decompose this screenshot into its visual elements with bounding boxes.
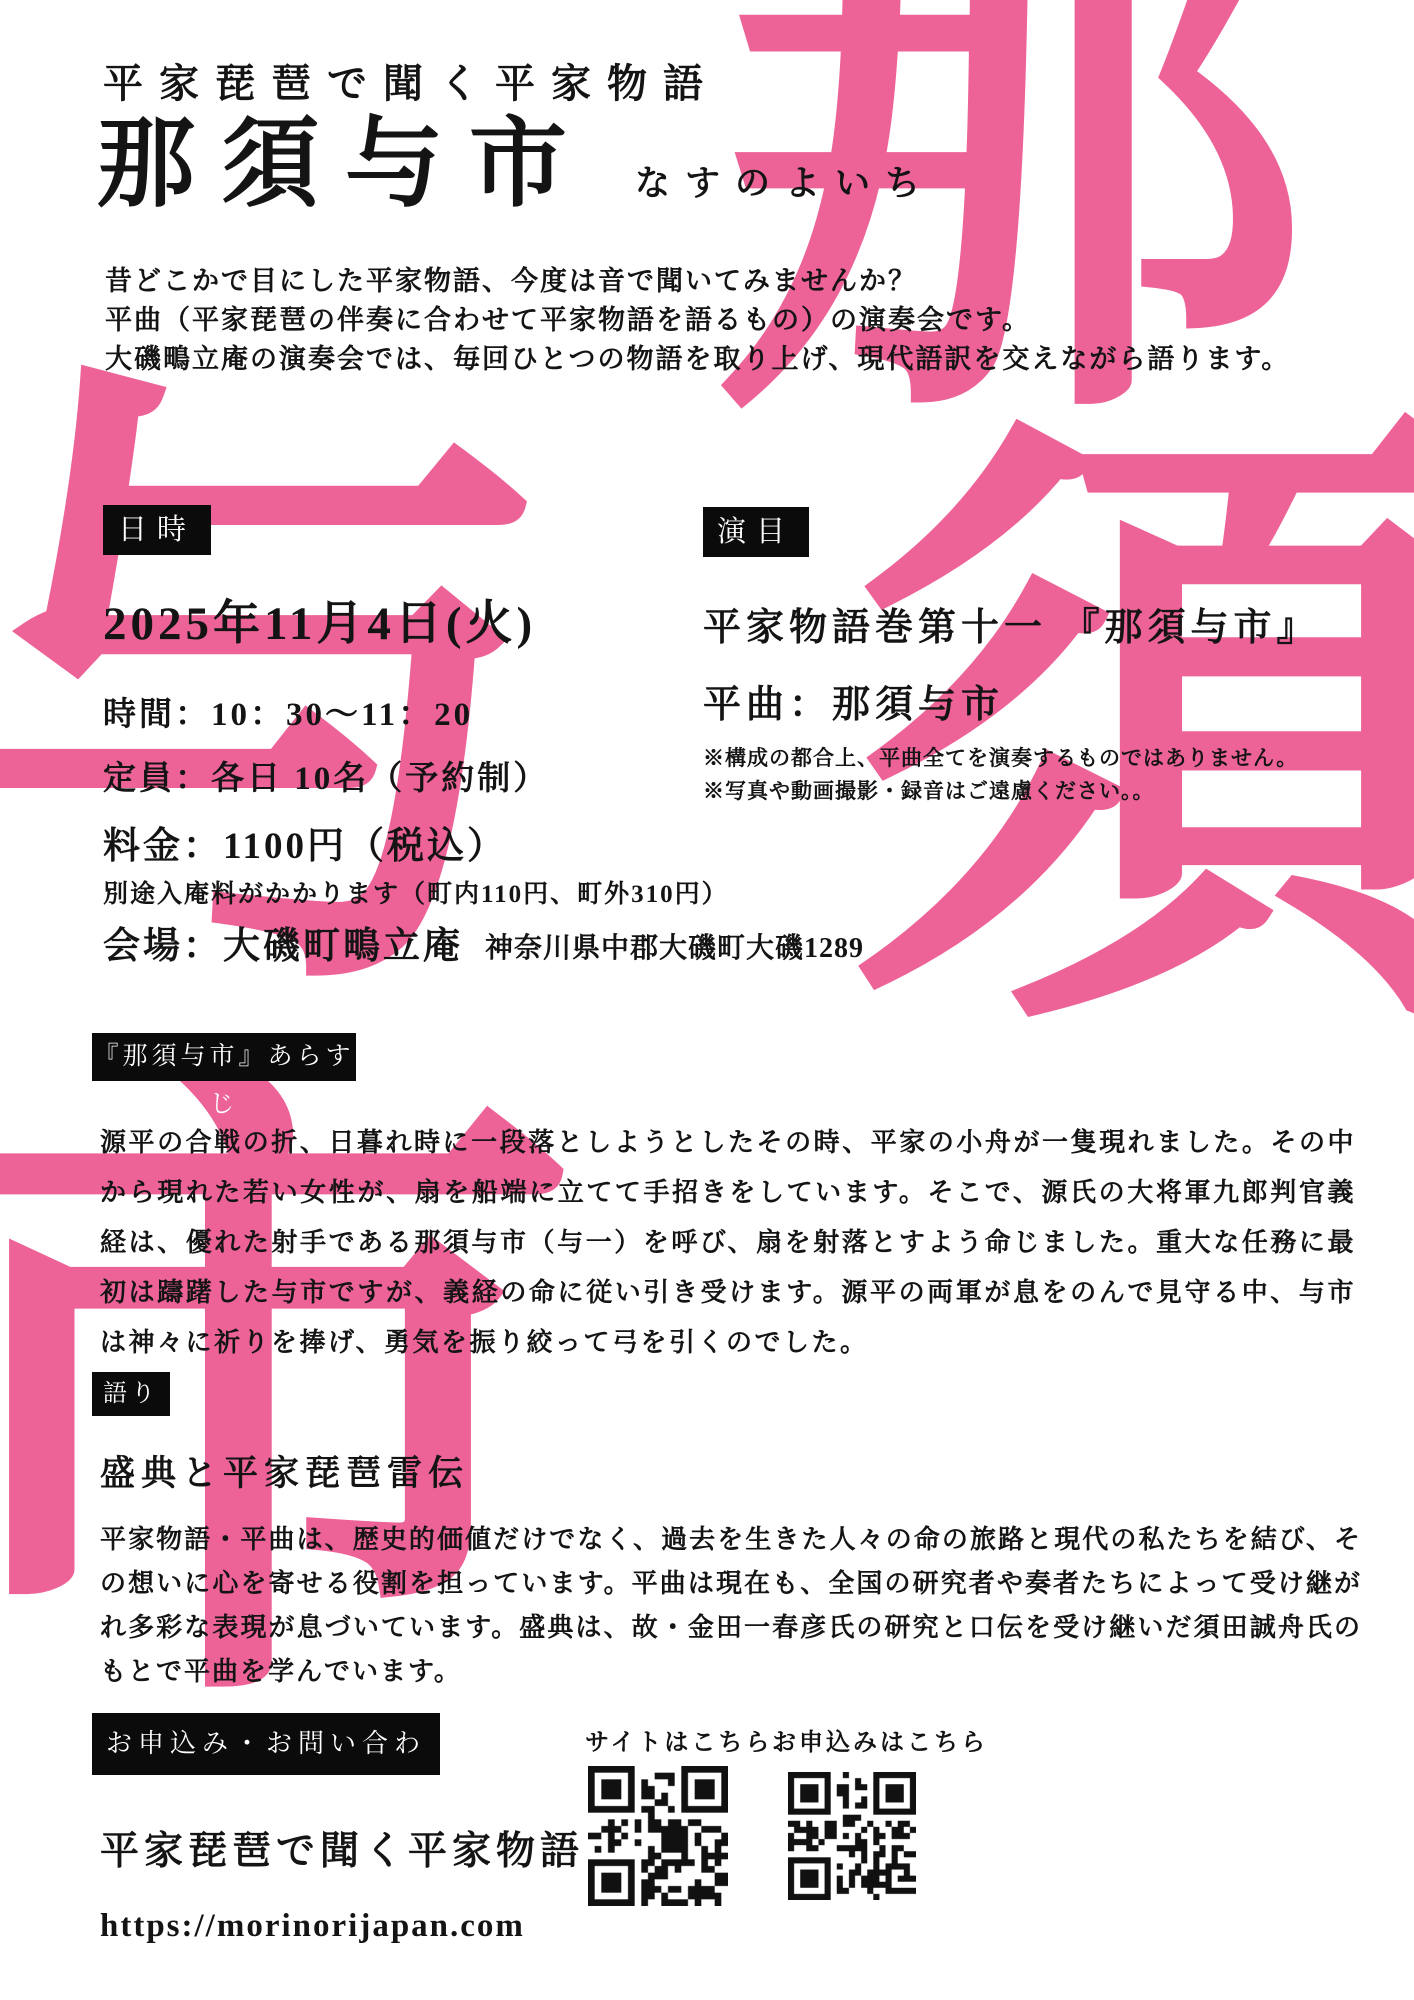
main-title: 那須与市 [97,112,593,220]
program-section-label: 演目 [703,507,809,557]
contact-section-label: お申込み・お問い合わせ [92,1713,440,1775]
synopsis-section-label: 『那須与市』あらすじ [92,1033,356,1081]
qr-apply-label: お申込みはこちら [772,1722,988,1757]
narrator-body: 平家物語・平曲は、歴史的価値だけでなく、過去を生きた人々の命の旅路と現代の私たち… [100,1518,1362,1694]
event-poster: 那 須 与 市 平家琵琶で聞く平家物語 那須与市 なすのよいち 昔どこかで目にし… [0,0,1414,2000]
qr-code-site [588,1766,728,1906]
intro-paragraph: 昔どこかで目にした平家物語、今度は音で聞いてみませんか？ 平曲（平家琵琶の伴奏に… [105,262,1290,379]
intro-line-1: 昔どこかで目にした平家物語、今度は音で聞いてみませんか？ [105,262,1290,301]
intro-line-2: 平曲（平家琵琶の伴奏に合わせて平家物語を語るもの）の演奏会です。 [105,301,1290,340]
intro-line-3: 大磯鴫立庵の演奏会では、毎回ひとつの物語を取り上げ、現代語訳を交えながら語ります… [105,340,1290,379]
qr-site-label: サイトはこちら [585,1722,772,1757]
program-title: 平家物語巻第十一 『那須与市』 [703,596,1320,651]
program-note-1: ※構成の都合上、平曲全てを演奏するものではありません。 [703,742,1298,775]
event-venue: 会場：大磯町鴫立庵 [103,915,463,969]
title-row: 那須与市 なすのよいち [97,112,935,220]
qr-code-apply [788,1772,916,1900]
main-title-furigana: なすのよいち [635,156,935,206]
event-capacity: 定員：各日 10名（予約制） [103,752,549,799]
event-fee: 料金：1100円（税込） [103,815,507,869]
datetime-section-label: 日時 [103,505,211,555]
program-piece: 平曲：那須与市 [703,673,1004,728]
event-date: 2025年11月4日(火) [103,586,536,653]
program-notes: ※構成の都合上、平曲全てを演奏するものではありません。 ※写真や動画撮影・録音は… [703,742,1298,808]
narrator-section-label: 語り [92,1372,170,1416]
synopsis-body: 源平の合戦の折、日暮れ時に一段落としようとしたその時、平家の小舟が一隻現れました… [100,1118,1356,1368]
event-fee-note: 別途入庵料がかかります（町内110円、町外310円） [103,874,729,910]
venue-row: 会場：大磯町鴫立庵 神奈川県中郡大磯町大磯1289 [103,915,864,969]
series-title: 平家琵琶で聞く平家物語 [103,52,719,109]
venue-address: 神奈川県中郡大磯町大磯1289 [485,926,864,966]
narrator-name: 盛典と平家琵琶雷伝 [100,1446,469,1496]
footer-site-url: https://morinorijapan.com [100,1908,525,1945]
program-note-2: ※写真や動画撮影・録音はご遠慮ください。。 [703,775,1298,808]
event-time: 時間：10：30〜11：20 [103,688,473,735]
